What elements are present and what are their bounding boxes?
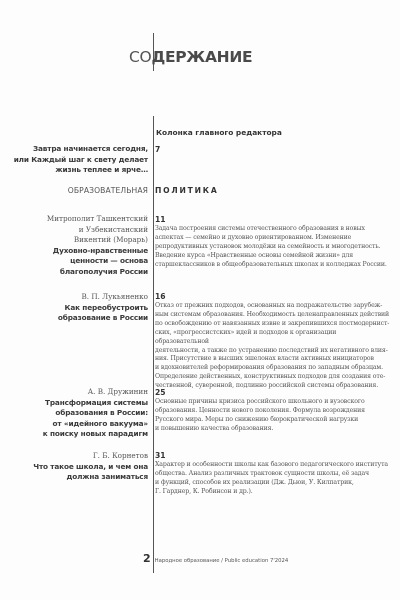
author-line: А. В. Дружинин (43, 387, 148, 398)
article-title[interactable]: Что такое школа, и чем она должна занима… (33, 462, 148, 483)
title-line: благополучия России (47, 267, 148, 278)
article-abstract: Задача построения системы отечественного… (155, 225, 390, 270)
abstract-line: ным системам образования. Необходимость … (155, 311, 390, 320)
title-line: Как переобустроить (58, 303, 148, 314)
page-number[interactable]: 25 (155, 388, 390, 398)
title-line: должна заниматься (33, 472, 148, 483)
page-title-bold: ДЕРЖАНИЕ (151, 48, 252, 66)
abstract-line: Русского мира. Меры по снижению бюрократ… (155, 416, 390, 425)
title-line: Трансформация системы (43, 398, 148, 409)
author-line: В. П. Лукьяненко (58, 292, 148, 303)
toc-entry-left: А. В. Дружинин Трансформация системы обр… (43, 387, 148, 440)
editor-article-title[interactable]: Завтра начинается сегодня, или Каждый ша… (14, 144, 148, 176)
abstract-line: Задача построения системы отечественного… (155, 225, 390, 234)
title-line: жизнь теплее и ярче… (14, 165, 148, 176)
column-vertical-rule (153, 116, 154, 573)
author-line: Викентий (Морарь) (47, 235, 148, 246)
abstract-line: и повышению качества образования. (155, 425, 390, 434)
author-line: Митрополит Ташкентский (47, 214, 148, 225)
article-title[interactable]: Как переобустроить образование в России (58, 303, 148, 324)
rubric-left: ОБРАЗОВАТЕЛЬНАЯ (68, 186, 148, 196)
toc-entry-right: 11 Задача построения системы отечественн… (155, 215, 390, 270)
title-line: Что такое школа, и чем она (33, 462, 148, 473)
abstract-line: ния. Присутствие в высших эшелонах власт… (155, 355, 390, 364)
article-abstract: Основные причины кризиса российского шко… (155, 398, 390, 434)
page-number[interactable]: 7 (155, 145, 390, 155)
toc-entry-right: 16 Отказ от прежних подходов, основанных… (155, 292, 390, 391)
article-abstract: Характер и особенности школы как базовог… (155, 461, 390, 497)
title-line: от «идейного вакуума» (43, 419, 148, 430)
page-footer: 2 Народное образование / Public educatio… (143, 553, 288, 565)
abstract-line: репродуктивных установок молодёжи на сем… (155, 243, 390, 252)
page-title-light: СО (129, 48, 151, 66)
page-number[interactable]: 11 (155, 215, 390, 225)
abstract-line: Основные причины кризиса российского шко… (155, 398, 390, 407)
page-title: СОДЕРЖАНИЕ (129, 48, 252, 66)
toc-entry-right: 31 Характер и особенности школы как базо… (155, 451, 390, 497)
rubric-right: ПОЛИТИКА (155, 186, 219, 196)
article-author: Г. Б. Корнетов (33, 451, 148, 462)
abstract-line: старшеклассников в общеобразовательных ш… (155, 261, 390, 270)
title-line: образование в России (58, 313, 148, 324)
article-abstract: Отказ от прежних подходов, основанных на… (155, 302, 390, 391)
page-number[interactable]: 31 (155, 451, 390, 461)
title-line: ценности — основа (47, 256, 148, 267)
article-author: В. П. Лукьяненко (58, 292, 148, 303)
article-author: Митрополит Ташкентский и Узбекистанский … (47, 214, 148, 246)
abstract-line: Введение курса «Нравственные основы семе… (155, 252, 390, 261)
editor-article-left: Завтра начинается сегодня, или Каждый ша… (14, 144, 148, 176)
article-title[interactable]: Духовно-нравственные ценности — основа б… (47, 246, 148, 278)
abstract-line: и функций, способов их реализации (Дж. Д… (155, 479, 390, 488)
title-line: образования в России: (43, 408, 148, 419)
page-number[interactable]: 16 (155, 292, 390, 302)
abstract-line: деятельности, а также по устранению посл… (155, 347, 390, 356)
article-title[interactable]: Трансформация системы образования в Росс… (43, 398, 148, 440)
footer-publication: Народное образование / Public education … (155, 557, 289, 565)
abstract-line: Г. Гарднер, К. Робинсон и др.). (155, 488, 390, 497)
title-line: Духовно-нравственные (47, 246, 148, 257)
abstract-line: по освобождению от навязанных извне и за… (155, 320, 390, 329)
abstract-line: общества. Анализ различных трактовок сущ… (155, 470, 390, 479)
editor-column-heading: Колонка главного редактора (156, 128, 282, 137)
title-line: или Каждый шаг к свету делает (14, 155, 148, 166)
abstract-line: Определение действенных, конструктивных … (155, 373, 390, 382)
title-line: к поиску новых парадигм (43, 429, 148, 440)
abstract-line: образования. Ценности нового поколения. … (155, 407, 390, 416)
toc-entry-left: Митрополит Ташкентский и Узбекистанский … (47, 214, 148, 277)
footer-page-number: 2 (143, 553, 151, 565)
title-line: Завтра начинается сегодня, (14, 144, 148, 155)
toc-entry-left: В. П. Лукьяненко Как переобустроить обра… (58, 292, 148, 324)
editor-article-right: 7 (155, 145, 390, 155)
author-line: Г. Б. Корнетов (33, 451, 148, 462)
abstract-line: и вдохновителей реформирования образован… (155, 364, 390, 373)
author-line: и Узбекистанский (47, 225, 148, 236)
abstract-line: аспектах — семейно и духовно ориентирова… (155, 234, 390, 243)
toc-entry-right: 25 Основные причины кризиса российского … (155, 388, 390, 434)
article-author: А. В. Дружинин (43, 387, 148, 398)
toc-entry-left: Г. Б. Корнетов Что такое школа, и чем он… (33, 451, 148, 483)
abstract-line: Отказ от прежних подходов, основанных на… (155, 302, 390, 311)
abstract-line: Характер и особенности школы как базовог… (155, 461, 390, 470)
abstract-line: ских, «прогрессистских» идей и подходов … (155, 329, 390, 347)
